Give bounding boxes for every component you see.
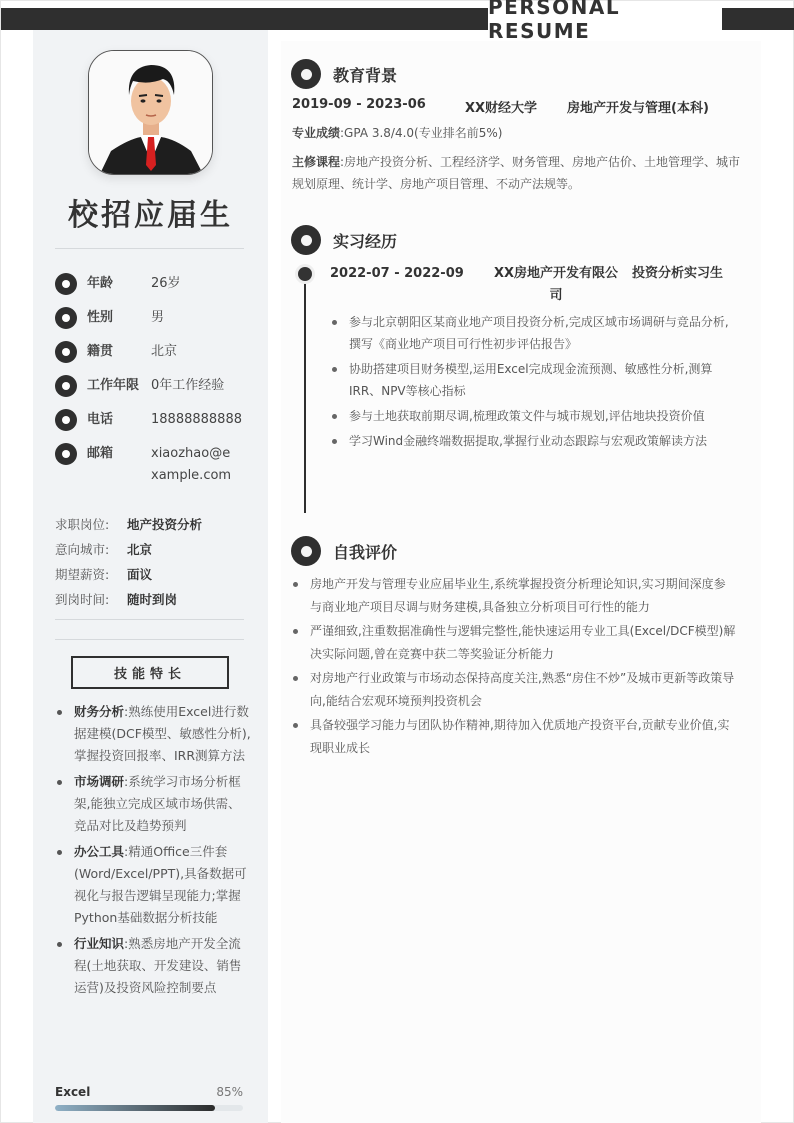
section-header-self-evaluation: 自我评价 xyxy=(291,536,397,566)
ring-bullet-icon xyxy=(55,375,77,397)
section-header-education: 教育背景 xyxy=(291,59,397,89)
internship-role: 投资分析实习生 xyxy=(620,263,723,307)
education-courses: 主修课程:房地产投资分析、工程经济学、财务管理、房地产估价、土地管理学、城市规划… xyxy=(292,151,742,195)
skill-bar-percent: 85% xyxy=(216,1084,243,1100)
education-date: 2019-09 - 2023-06 xyxy=(292,97,465,116)
skill-item: 市场调研:系统学习市场分析框架,能独立完成区域市场供需、竞品对比及趋势预判 xyxy=(55,771,251,837)
section-ring-icon xyxy=(291,59,321,89)
internship-summary: 2022-07 - 2022-09 XX房地产开发有限公司 投资分析实习生 xyxy=(330,263,740,307)
header-title-box: PERSONAL RESUME xyxy=(488,4,722,34)
skill-name: 行业知识 xyxy=(74,936,124,951)
timeline-line xyxy=(304,273,306,513)
divider xyxy=(55,639,244,640)
education-summary: 2019-09 - 2023-06 XX财经大学 房地产开发与管理(本科) xyxy=(292,97,742,116)
page-title: PERSONAL RESUME xyxy=(488,0,722,43)
timeline-dot-icon xyxy=(298,267,312,281)
info-label: 电话 xyxy=(77,409,151,431)
ring-bullet-icon xyxy=(55,307,77,329)
personal-info-list: 年龄 26岁 性别 男 籍贯 北京 工作年限 0年工作经验 电话 188 xyxy=(55,273,255,499)
internship-duties: 参与北京朝阳区某商业地产项目投资分析,完成区域市场调研与竞品分析,撰写《商业地产… xyxy=(330,311,740,455)
ring-bullet-icon xyxy=(55,443,77,465)
list-item: 学习Wind金融终端数据提取,掌握行业动态跟踪与宏观政策解读方法 xyxy=(330,430,740,452)
list-item: 房地产开发与管理专业应届毕业生,系统掌握投资分析理论知识,实习期间深度参与商业地… xyxy=(292,573,737,619)
job-value: 北京 xyxy=(127,542,152,557)
section-title: 自我评价 xyxy=(333,540,397,563)
info-row-hometown: 籍贯 北京 xyxy=(55,341,255,375)
sidebar: 校招应届生 年龄 26岁 性别 男 籍贯 北京 工作年限 0年工作经验 xyxy=(33,30,268,1123)
internship-date: 2022-07 - 2022-09 xyxy=(330,263,492,307)
list-item: 对房地产行业政策与市场动态保持高度关注,熟悉“房住不炒”及城市更新等政策导向,能… xyxy=(292,667,737,713)
skill-name: 市场调研 xyxy=(74,774,124,789)
list-item: 具备较强学习能力与团队协作精神,期待加入优质地产投资平台,贡献专业价值,实现职业… xyxy=(292,714,737,760)
info-label: 性别 xyxy=(77,307,151,329)
skill-bar-label: Excel xyxy=(55,1084,90,1100)
info-value: 18888888888 xyxy=(151,409,241,431)
job-label: 意向城市: xyxy=(55,537,127,562)
info-label: 年龄 xyxy=(77,273,151,295)
job-label: 求职岗位: xyxy=(55,512,127,537)
info-value: 北京 xyxy=(151,341,233,363)
ring-bullet-icon xyxy=(55,409,77,431)
candidate-name: 校招应届生 xyxy=(33,190,268,234)
job-row: 求职岗位:地产投资分析 xyxy=(55,512,202,537)
job-row: 到岗时间:随时到岗 xyxy=(55,587,202,612)
info-row-age: 年龄 26岁 xyxy=(55,273,255,307)
section-title: 实习经历 xyxy=(333,229,397,252)
avatar-portrait-icon xyxy=(89,51,213,175)
internship-company: XX房地产开发有限公司 xyxy=(492,263,620,307)
skill-name: 办公工具 xyxy=(74,844,124,859)
info-row-phone: 电话 18888888888 xyxy=(55,409,255,443)
gpa-value: :GPA 3.8/4.0(专业排名前5%) xyxy=(340,126,502,140)
job-value: 面议 xyxy=(127,567,152,582)
education-school: XX财经大学 xyxy=(465,97,567,116)
skills-list: 财务分析:熟练使用Excel进行数据建模(DCF模型、敏感性分析),掌握投资回报… xyxy=(55,701,251,1003)
education-major: 房地产开发与管理(本科) xyxy=(567,97,709,116)
list-item: 参与北京朝阳区某商业地产项目投资分析,完成区域市场调研与竞品分析,撰写《商业地产… xyxy=(330,311,740,355)
main-content: 教育背景 2019-09 - 2023-06 XX财经大学 房地产开发与管理(本… xyxy=(281,41,761,1123)
job-row: 期望薪资:面议 xyxy=(55,562,202,587)
divider xyxy=(55,248,244,249)
job-intention-list: 求职岗位:地产投资分析 意向城市:北京 期望薪资:面议 到岗时间:随时到岗 xyxy=(55,512,202,612)
list-item: 协助搭建项目财务模型,运用Excel完成现金流预测、敏感性分析,测算IRR、NP… xyxy=(330,358,740,402)
job-value: 地产投资分析 xyxy=(127,517,202,532)
skill-name: 财务分析 xyxy=(74,704,124,719)
job-row: 意向城市:北京 xyxy=(55,537,202,562)
section-ring-icon xyxy=(291,536,321,566)
section-header-internship: 实习经历 xyxy=(291,225,397,255)
divider xyxy=(55,619,244,620)
gpa-label: 专业成绩 xyxy=(292,126,340,140)
section-ring-icon xyxy=(291,225,321,255)
skill-item: 办公工具:精通Office三件套(Word/Excel/PPT),具备数据可视化… xyxy=(55,841,251,929)
info-row-gender: 性别 男 xyxy=(55,307,255,341)
info-label: 工作年限 xyxy=(77,375,151,397)
info-row-email: 邮箱 xiaozhao@example.com xyxy=(55,443,255,499)
info-value: 男 xyxy=(151,307,233,329)
education-gpa: 专业成绩:GPA 3.8/4.0(专业排名前5%) xyxy=(292,122,742,144)
ring-bullet-icon xyxy=(55,341,77,363)
info-row-experience: 工作年限 0年工作经验 xyxy=(55,375,255,409)
self-evaluation-list: 房地产开发与管理专业应届毕业生,系统掌握投资分析理论知识,实习期间深度参与商业地… xyxy=(292,573,737,761)
skill-item: 行业知识:熟悉房地产开发全流程(土地获取、开发建设、销售运营)及投资风险控制要点 xyxy=(55,933,251,999)
job-label: 到岗时间: xyxy=(55,587,127,612)
list-item: 严谨细致,注重数据准确性与逻辑完整性,能快速运用专业工具(Excel/DCF模型… xyxy=(292,620,737,666)
resume-page: PERSONAL RESUME 校招应届生 xyxy=(0,0,794,1123)
avatar xyxy=(88,50,213,175)
info-label: 籍贯 xyxy=(77,341,151,363)
skill-item: 财务分析:熟练使用Excel进行数据建模(DCF模型、敏感性分析),掌握投资回报… xyxy=(55,701,251,767)
list-item: 参与土地获取前期尽调,梳理政策文件与城市规划,评估地块投资价值 xyxy=(330,405,740,427)
email-link[interactable]: xiaozhao@example.com xyxy=(151,443,233,487)
info-label: 邮箱 xyxy=(77,443,151,465)
progress-fill xyxy=(55,1105,215,1111)
courses-value: :房地产投资分析、工程经济学、财务管理、房地产估价、土地管理学、城市规划原理、统… xyxy=(292,155,740,191)
skills-heading: 技能特长 xyxy=(71,656,229,689)
courses-label: 主修课程 xyxy=(292,155,340,169)
info-value: 0年工作经验 xyxy=(151,375,241,397)
section-title: 教育背景 xyxy=(333,63,397,86)
info-value: 26岁 xyxy=(151,273,233,295)
skill-bar-excel: Excel 85% xyxy=(55,1084,243,1111)
progress-track xyxy=(55,1105,243,1111)
job-value: 随时到岗 xyxy=(127,592,177,607)
job-label: 期望薪资: xyxy=(55,562,127,587)
ring-bullet-icon xyxy=(55,273,77,295)
